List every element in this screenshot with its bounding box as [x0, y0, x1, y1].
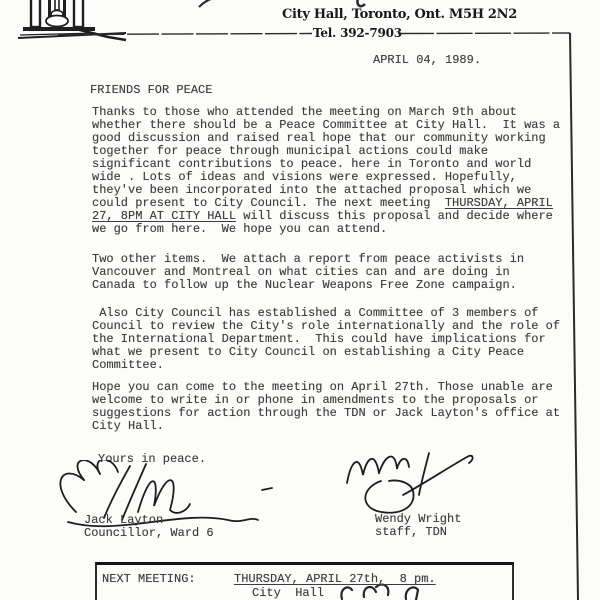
next-meeting-box: NEXT MEETING: THURSDAY, APRIL 27th, 8 pm…: [95, 562, 514, 600]
signatory-2-title: staff, TDN: [375, 526, 447, 539]
signatory-1-title: Councillor, Ward 6: [84, 527, 214, 540]
paragraph-1: Thanks to those who attended the meeting…: [92, 106, 560, 236]
paragraph-4: Hope you can come to the meeting on Apri…: [92, 381, 560, 433]
page-right-border: [570, 33, 578, 600]
next-meeting-datetime: THURSDAY, APRIL 27th, 8 pm.: [234, 573, 436, 586]
paragraph-2: Two other items. We attach a report from…: [92, 253, 524, 292]
letter-date: APRIL 04, 1989.: [373, 54, 481, 67]
wendy-wright-signature: [333, 443, 478, 515]
script-flourish-left: [199, 0, 211, 7]
letter-page: City Hall, Toronto, Ont. M5H 2N2 Tel. 39…: [0, 0, 600, 600]
paragraph-3: Also City Council has established a Comm…: [92, 307, 560, 372]
salutation: FRIENDS FOR PEACE: [90, 84, 212, 97]
city-hall-tower-logo: [18, 0, 130, 42]
meeting-date-underlined: THURSDAY, APRIL: [445, 196, 553, 210]
next-meeting-label: NEXT MEETING:: [102, 573, 196, 586]
meeting-place-underlined: 27, 8PM AT CITY HALL: [92, 209, 236, 223]
script-flourish-right: [357, 0, 365, 6]
header-rule-right: [398, 33, 570, 34]
letterhead-address: City Hall, Toronto, Ont. M5H 2N2: [282, 7, 517, 22]
paragraph-1-text: Thanks to those who attended the meeting…: [92, 105, 560, 210]
letterhead-phone: Tel. 392-7903: [313, 26, 402, 40]
next-meeting-location: City Hall: [252, 587, 324, 600]
